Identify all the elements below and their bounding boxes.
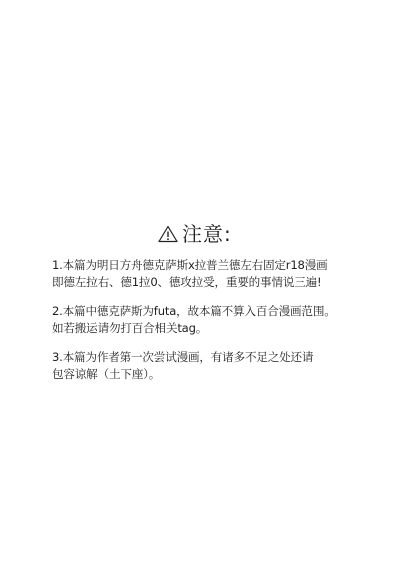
note-line: 即德左拉右、德1拉0、德攻拉受，重要的事情说三遍! [52, 274, 372, 291]
notice-list: 1.本篇为明日方舟德克萨斯x拉普兰德左右固定r18漫画 即德左拉右、德1拉0、德… [52, 257, 372, 395]
note-line: 如若搬运请勿打百合相关tag。 [52, 320, 372, 337]
note-line: 3.本篇为作者第一次尝试漫画，有诸多不足之处还请 [52, 349, 372, 366]
warning-triangle-icon [158, 225, 178, 243]
notice-heading: 注意: [158, 220, 232, 248]
note-line: 包容谅解（土下座）。 [52, 366, 372, 383]
notice-page: 注意: 1.本篇为明日方舟德克萨斯x拉普兰德左右固定r18漫画 即德左拉右、德1… [0, 0, 400, 566]
note-line: 2.本篇中德克萨斯为futa，故本篇不算入百合漫画范围。 [52, 303, 372, 320]
note-item-3: 3.本篇为作者第一次尝试漫画，有诸多不足之处还请 包容谅解（土下座）。 [52, 349, 372, 382]
notice-title: 注意: [182, 221, 232, 247]
note-line: 1.本篇为明日方舟德克萨斯x拉普兰德左右固定r18漫画 [52, 257, 372, 274]
note-item-1: 1.本篇为明日方舟德克萨斯x拉普兰德左右固定r18漫画 即德左拉右、德1拉0、德… [52, 257, 372, 290]
note-item-2: 2.本篇中德克萨斯为futa，故本篇不算入百合漫画范围。 如若搬运请勿打百合相关… [52, 303, 372, 336]
